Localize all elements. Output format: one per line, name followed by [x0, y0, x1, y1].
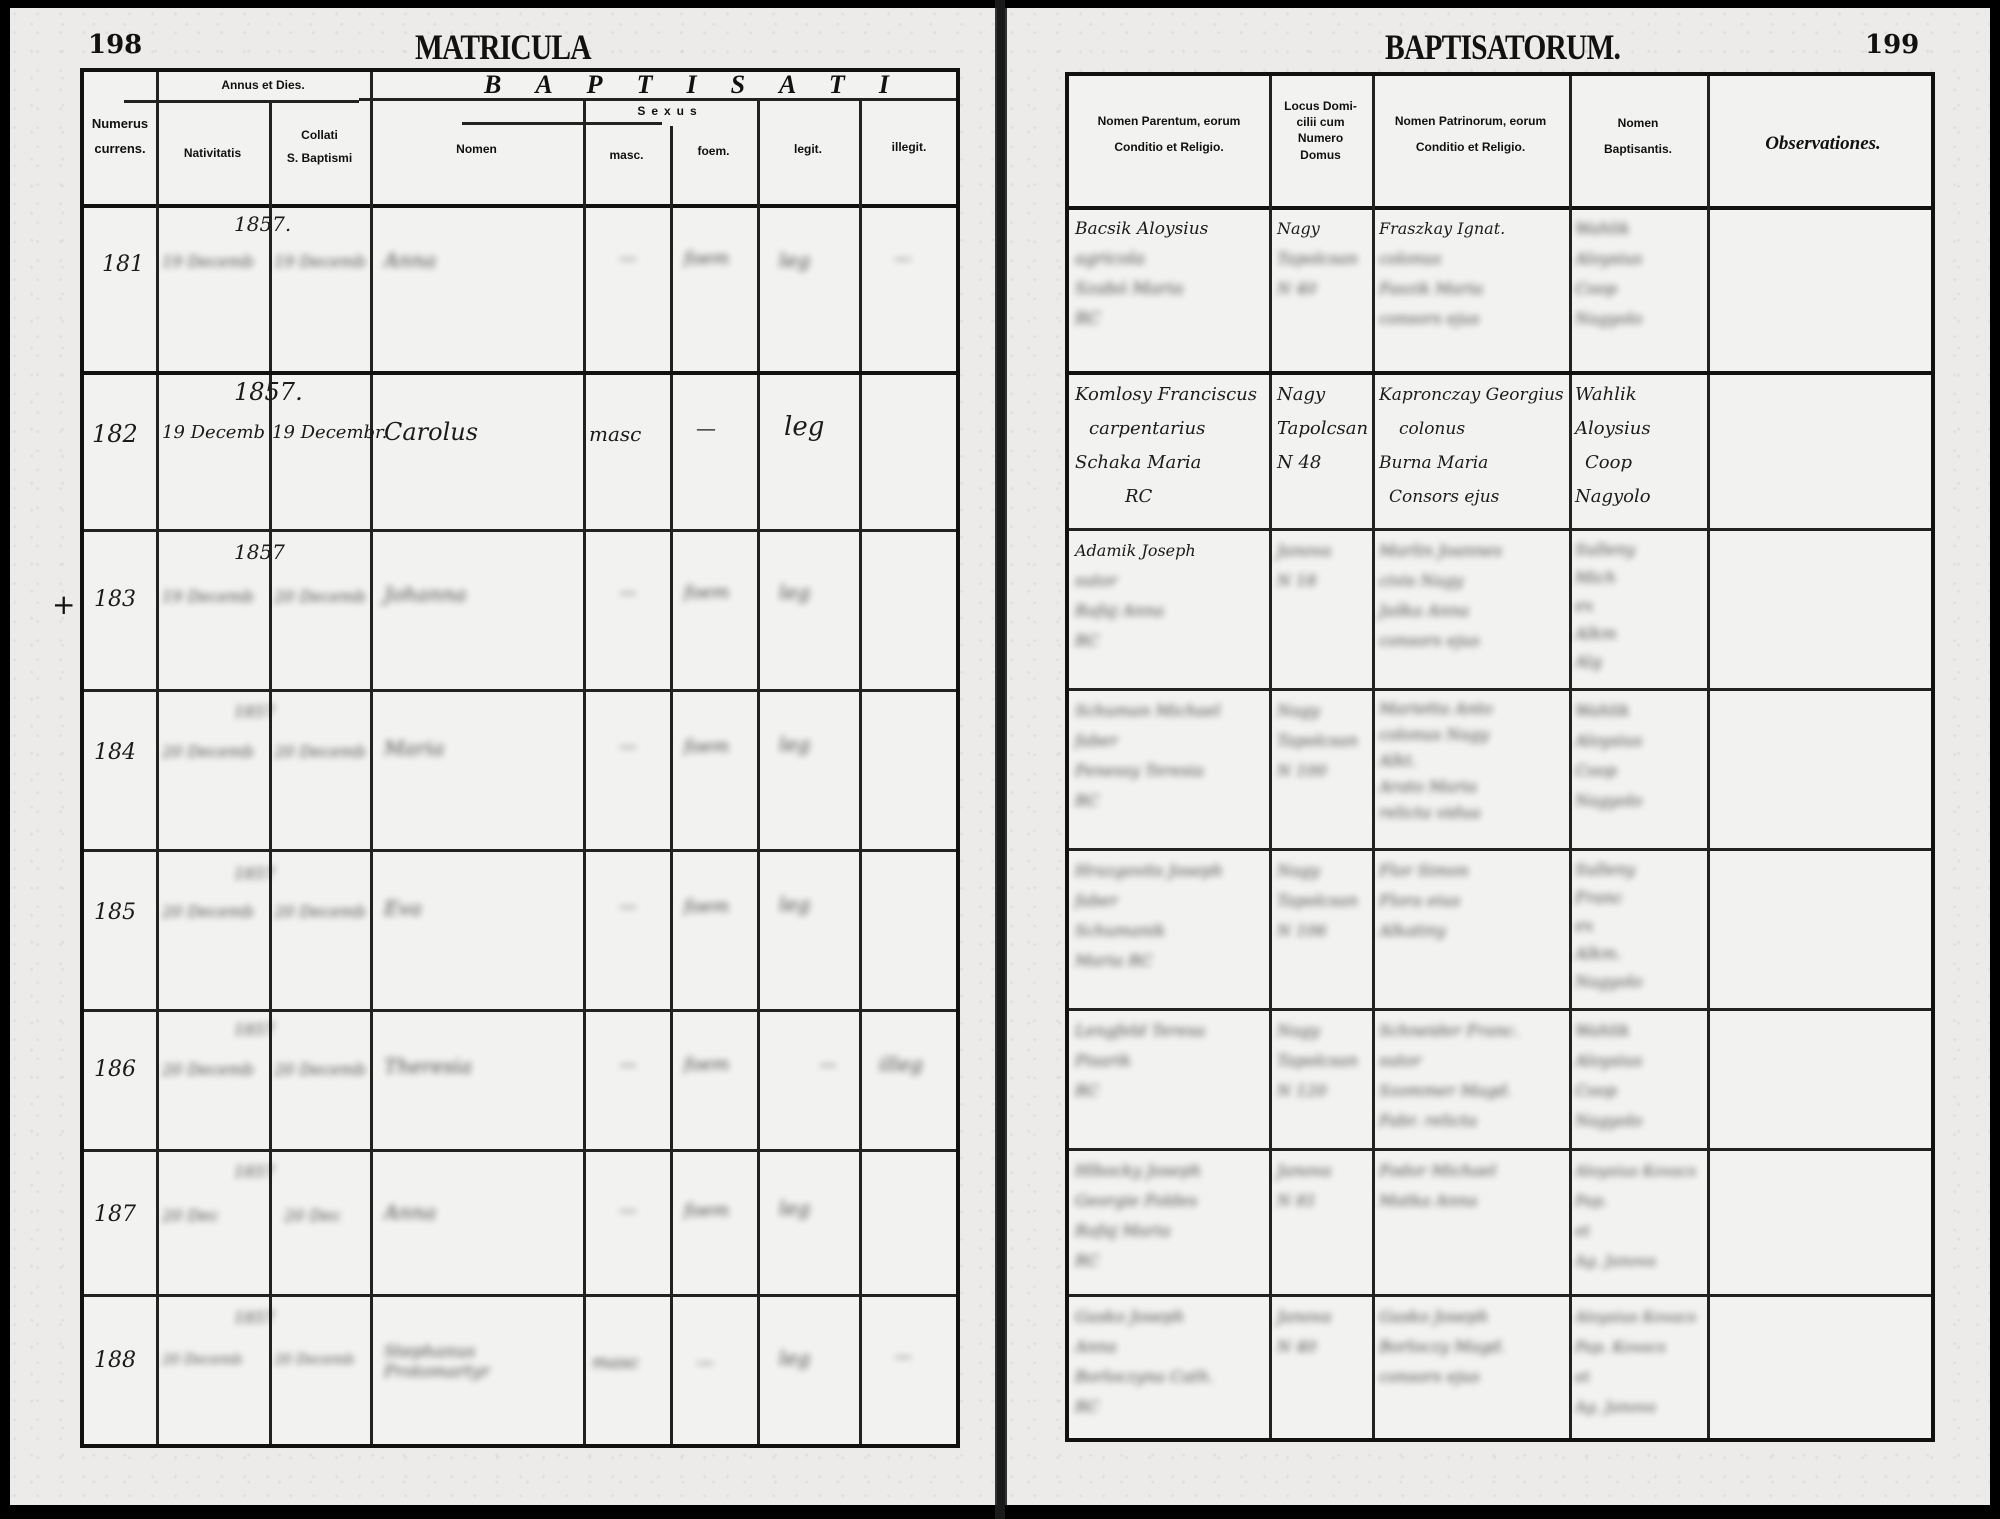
- header-nomen-baptisantis: NomenBaptisantis.: [1569, 110, 1707, 163]
- godparents-cell: Gasko JosephBorloczy Magd. consors ejus: [1379, 1302, 1506, 1392]
- domicile-cell: JanovaN 81: [1277, 1156, 1331, 1216]
- domicile-cell: NagyTapolcsanN 100: [1277, 696, 1358, 786]
- parents-cell: Bacsik Aloysius agricola Szabó Maria RC: [1075, 214, 1208, 334]
- baptizer-cell: Wahlik Aloysius Coop Nagyolo: [1575, 378, 1651, 514]
- godparents-cell: Fodor MichaelMatka Anna: [1379, 1156, 1496, 1216]
- domicile-cell: NagyTapolcsanN 120: [1277, 1016, 1358, 1106]
- godparents-cell: Marlin Joannescivis Nagy Jaška Annaconso…: [1379, 536, 1502, 656]
- page-title-right: BAPTISATORUM.: [1385, 26, 1620, 68]
- baptizer-cell: Aloysius KovacsPap. Kovacs etAg. Janova: [1575, 1302, 1696, 1422]
- baptism-table-left: BAPTISATI Numeruscurrens. Annus et Dies.…: [80, 68, 960, 1448]
- domicile-cell: JanovaN 18: [1277, 536, 1331, 596]
- header-collati: CollatiS. Baptismi: [269, 124, 370, 170]
- header-legit: legit.: [757, 138, 859, 161]
- page-number-left: 198: [88, 30, 142, 60]
- left-page: 198 MATRICULA BAPTISATI Numeruscurrens. …: [10, 8, 997, 1505]
- godparents-cell: Marietta Antocolonus Nagy Alkt.Arato Mar…: [1379, 696, 1493, 826]
- section-title-baptisati: BAPTISATI: [484, 70, 923, 100]
- parents-cell: Hlbocky JosephGeorgie Foldes Rafaj Maria…: [1075, 1156, 1201, 1276]
- parents-cell: Adamik Joseph sutor Rafaj Anna RC: [1075, 536, 1196, 656]
- header-sexus: Sexus: [583, 100, 757, 123]
- page-title-left: MATRICULA: [415, 26, 591, 68]
- header-nomen-parentum: Nomen Parentum, eorumConditio et Religio…: [1069, 108, 1269, 161]
- parents-cell: Gasko JosephAnna Borloczyna Cath.RC: [1075, 1302, 1214, 1422]
- baptizer-cell: Wahlik Aloysius Coop Nagyolo: [1575, 214, 1642, 334]
- baptizer-cell: SullenyMich exAlkm Alg: [1575, 536, 1635, 676]
- domicile-cell: Nagy Tapolcsan N 48: [1277, 378, 1368, 480]
- godparents-cell: Fraszkay Ignat. colonus Faszik Maria con…: [1379, 214, 1505, 334]
- domicile-cell: JanovaN 40: [1277, 1302, 1331, 1362]
- header-annus-et-dies: Annus et Dies.: [156, 74, 370, 97]
- parents-cell: Komlosy Franciscus carpentarius Schaka M…: [1075, 378, 1257, 514]
- page-number-right: 199: [1865, 30, 1919, 60]
- header-numerus: Numeruscurrens.: [84, 112, 156, 161]
- parents-cell: Schuman Michaelfaber Fenessy TeresiaRC: [1075, 696, 1221, 816]
- header-observationes: Observationes.: [1707, 126, 1939, 162]
- header-nomen: Nomen: [370, 138, 583, 161]
- baptizer-cell: Aloysius KovacsPap. etAg. Janova: [1575, 1156, 1696, 1276]
- godparents-cell: Kapronczay Georgius colonus Burna Maria …: [1379, 378, 1564, 514]
- baptism-table-right: Nomen Parentum, eorumConditio et Religio…: [1065, 72, 1935, 1442]
- baptizer-cell: WahlikAloysius CoopNagyolo: [1575, 1016, 1642, 1136]
- header-masc: masc.: [583, 144, 670, 167]
- header-locus-domicilii: Locus Domi-cilii cum NumeroDomus: [1269, 98, 1372, 163]
- baptizer-cell: WahlikAloysius CoopNagyolo: [1575, 696, 1642, 816]
- header-foem: foem.: [670, 140, 757, 163]
- domicile-cell: Nagy Tapolcsan N 40: [1277, 214, 1358, 304]
- right-page: BAPTISATORUM. 199 Nomen Parentum, eorumC…: [1005, 8, 1990, 1505]
- margin-cross-mark: +: [52, 588, 75, 621]
- godparents-cell: Schneider Franc.sutor Szommer Magd.Fabr.…: [1379, 1016, 1519, 1136]
- header-nativitatis: Nativitatis: [156, 142, 269, 165]
- parents-cell: Hrazgovits Josephfaber SchumanikMaria RC: [1075, 856, 1223, 976]
- parents-cell: Lengfeld TeresaPisarik RC: [1075, 1016, 1205, 1106]
- header-illegit: illegit.: [859, 136, 959, 159]
- baptizer-cell: SullenyFranc exAlkm. Nagyolo: [1575, 856, 1642, 996]
- godparents-cell: Flor SimonFlora eius Alkatiny: [1379, 856, 1469, 946]
- header-nomen-patrinorum: Nomen Patrinorum, eorumConditio et Relig…: [1372, 108, 1569, 161]
- domicile-cell: NagyTapolcsanN 106: [1277, 856, 1358, 946]
